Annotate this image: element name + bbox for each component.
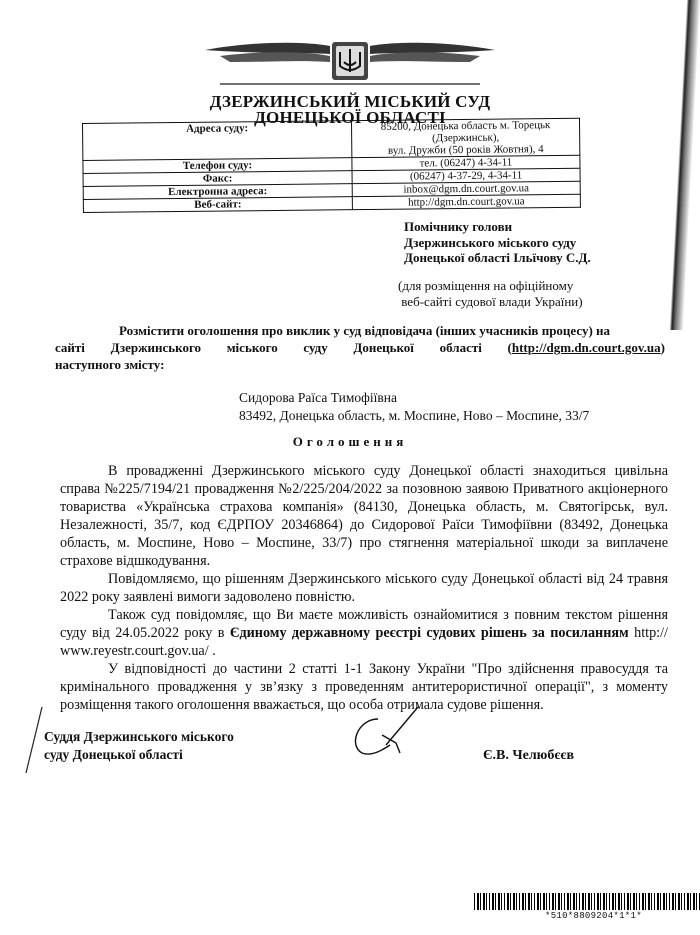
notice-paragraph-3: Також суд повідомляє, що Ви маєте можлив…: [60, 606, 668, 660]
court-website-link[interactable]: http://dgm.dn.court.gov.ua: [512, 340, 661, 355]
recipient-address: 83492, Донецька область, м. Моспине, Нов…: [239, 407, 589, 425]
website-value[interactable]: http://dgm.dn.court.gov.ua: [352, 194, 580, 209]
notice-paragraph-1: В провадженні Дзержинського міського суд…: [60, 462, 668, 570]
barcode-icon: [474, 893, 700, 910]
notice-paragraph-2: Повідомляємо, що рішенням Дзержинського …: [60, 570, 668, 606]
website-label: Веб-сайт:: [83, 197, 352, 213]
request-line3: наступного змісту:: [55, 356, 665, 373]
address-label: Адреса суду:: [83, 121, 352, 161]
judge-name: Є.В. Челюбєєв: [483, 748, 574, 764]
address-value: 85200, Донецька область м. Торецьк (Дзер…: [351, 118, 579, 157]
notice-heading: Оголошення: [0, 434, 700, 450]
request-line1: Розмістити оголошення про виклик у суд в…: [55, 322, 665, 339]
barcode-text: *510*8809204*1*1*: [545, 911, 642, 921]
recipient-name: Сидорова Раїса Тимофіївна: [239, 389, 589, 407]
request-line2: сайті Дзержинського міського суду Донець…: [55, 339, 665, 356]
signature-icon: [338, 705, 428, 760]
margin-stroke-mark: [24, 705, 44, 775]
judge-title-block: Суддя Дзержинського міського суду Донець…: [44, 728, 234, 764]
recipient-block: Сидорова Раїса Тимофіївна 83492, Донецьк…: [239, 389, 589, 425]
table-row: Адреса суду: 85200, Донецька область м. …: [83, 118, 580, 160]
placement-note: (для розміщення на офіційному веб-сайті …: [398, 278, 583, 309]
addressee-block: Помічнику голови Дзержинського міського …: [404, 219, 591, 266]
ukraine-trident-emblem-icon: [200, 32, 500, 88]
page-edge-shadow: [659, 0, 700, 330]
notice-body: В провадженні Дзержинського міського суд…: [60, 462, 668, 714]
contact-table: Адреса суду: 85200, Донецька область м. …: [82, 118, 581, 213]
